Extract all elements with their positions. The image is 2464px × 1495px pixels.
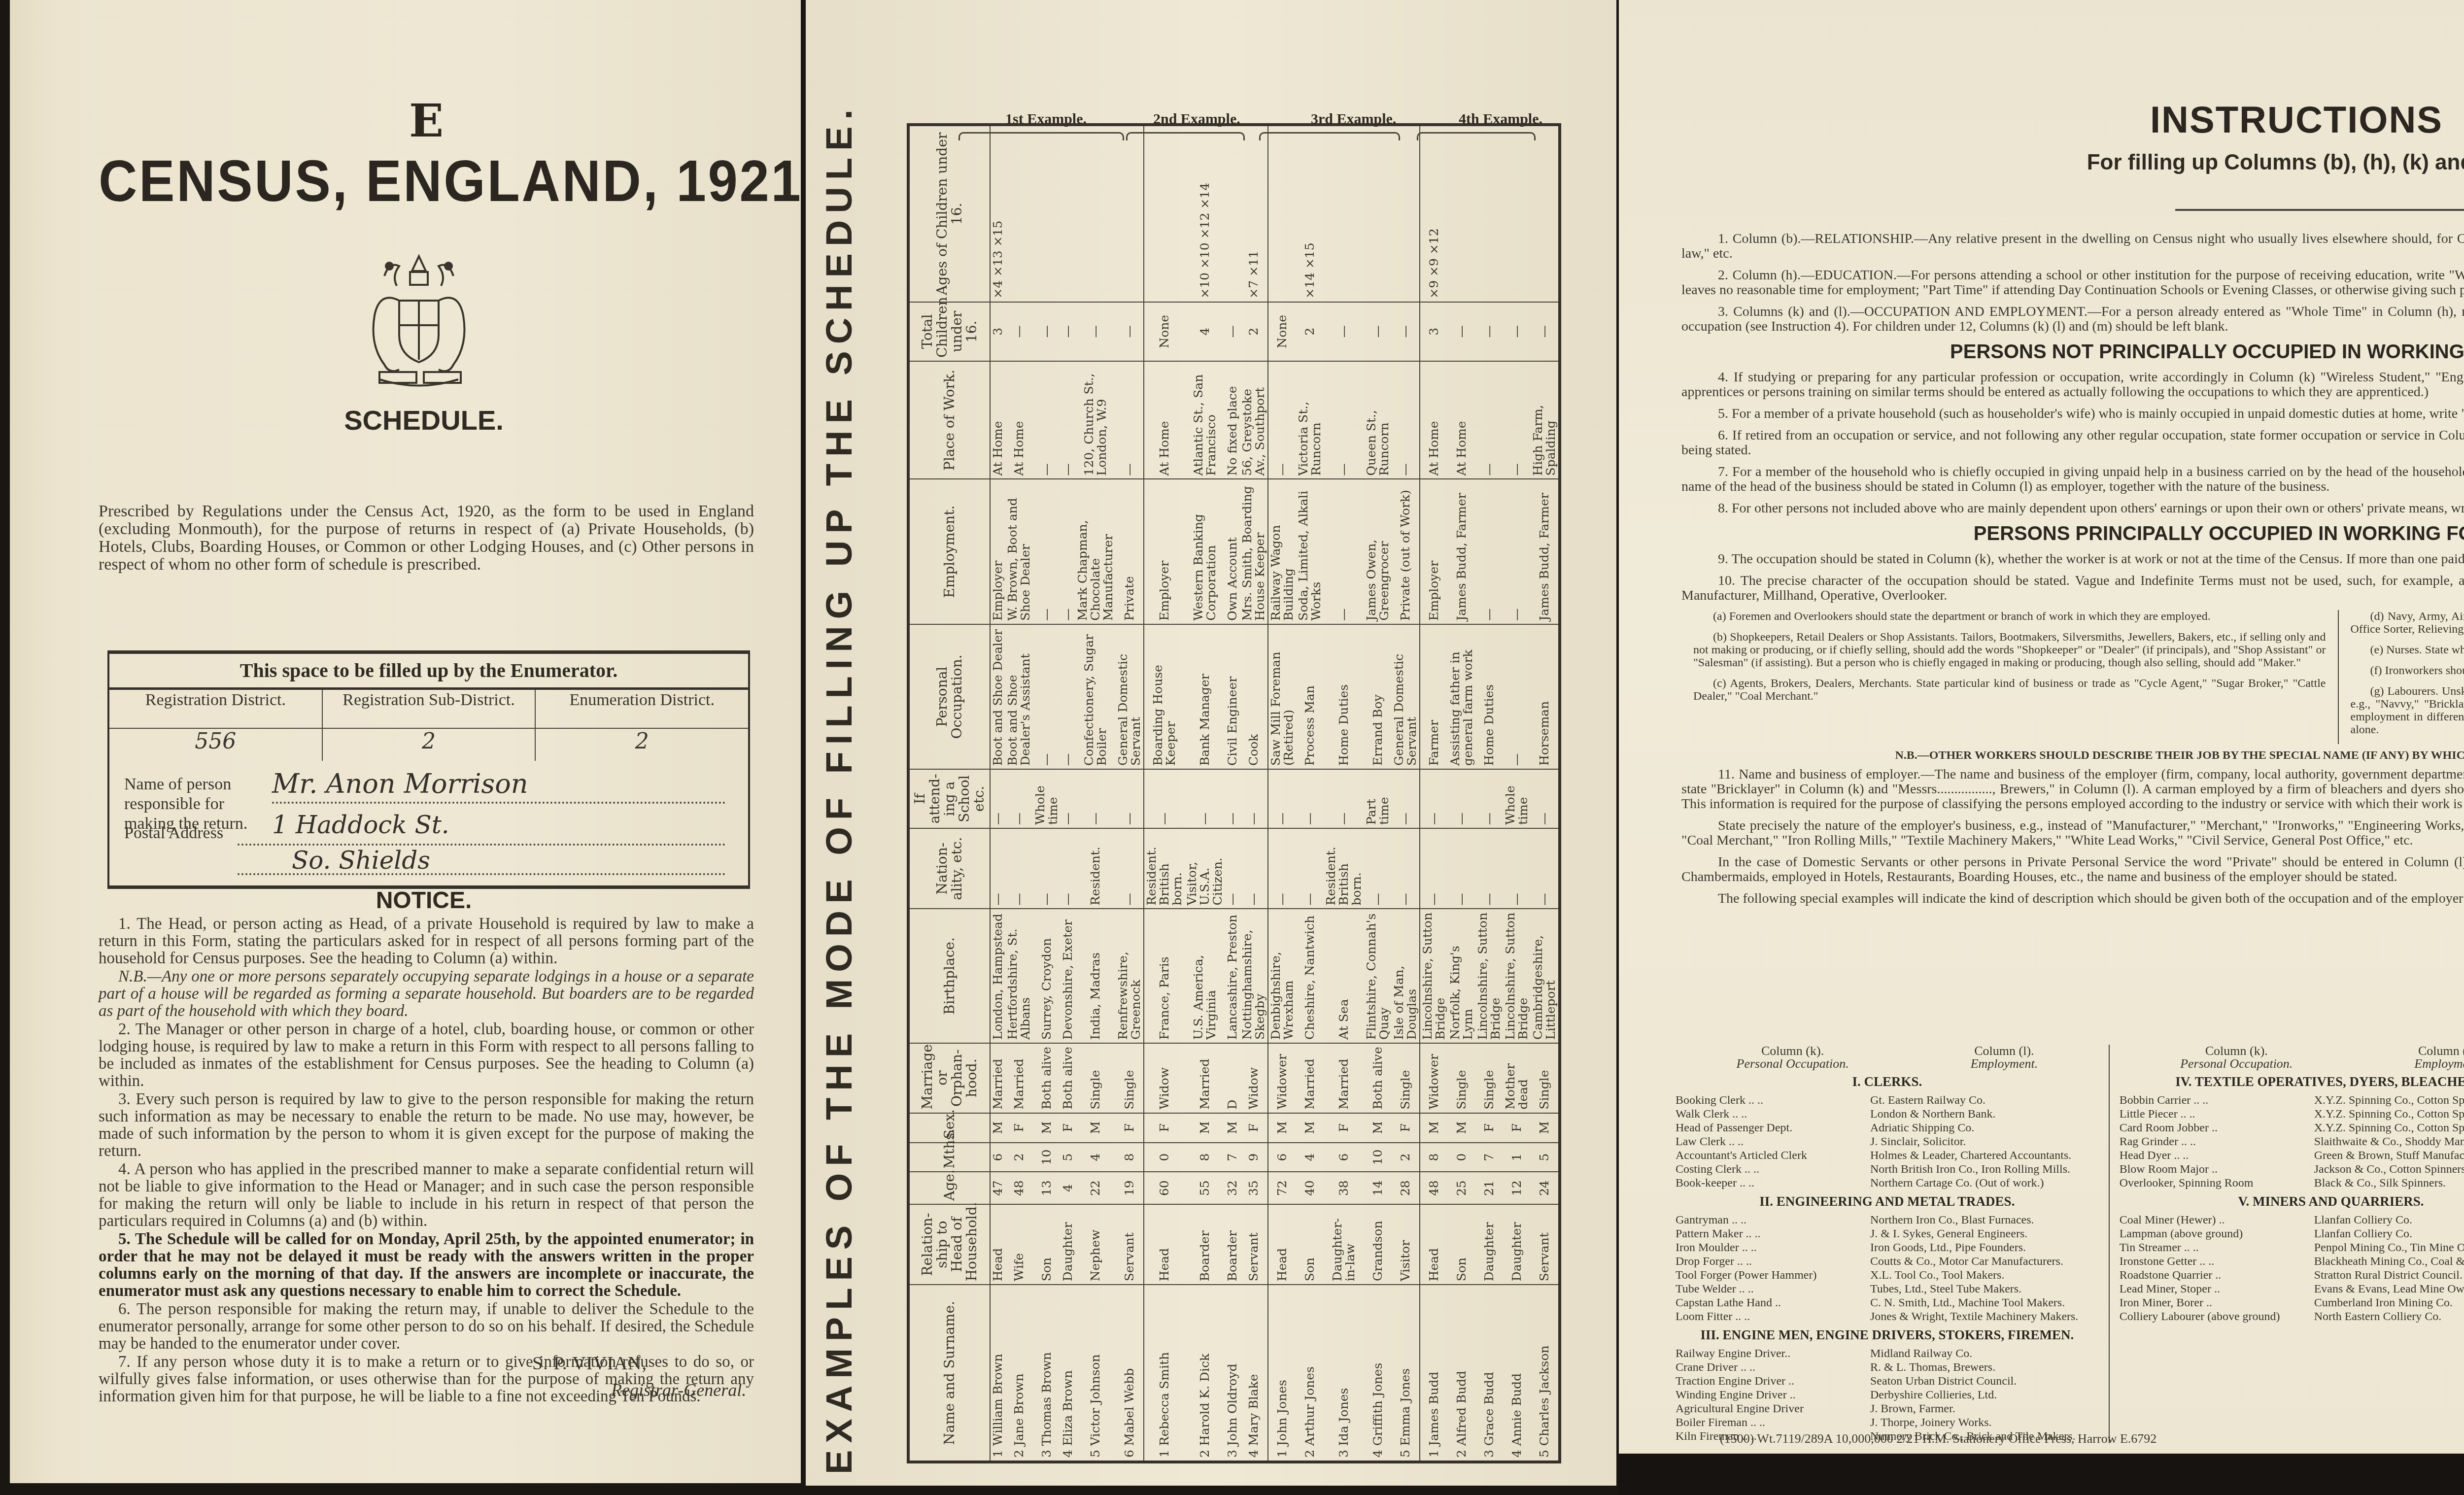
cell-school: —	[1392, 769, 1420, 828]
personal-occupation: Boiler Fireman .. ..	[1676, 1416, 1870, 1429]
postal-address-label: Postal Address	[124, 824, 223, 843]
section-not-occupied-heading: PERSONS NOT PRINCIPALLY OCCUPIED IN WORK…	[1681, 341, 2464, 363]
cell-nat: —	[1364, 828, 1392, 909]
employment: Llanfan Colliery Co.	[2314, 1213, 2464, 1227]
cell-birth: Flintshire, Connah's Quay	[1364, 909, 1392, 1043]
cell-pow: —	[1324, 361, 1364, 479]
cell-occ: Confectionery, Sugar Boiler	[1075, 624, 1116, 769]
cell-mths: 8	[1185, 1143, 1225, 1172]
cell-name: 4 Annie Budd	[1503, 1285, 1531, 1462]
cell-emp: Private	[1116, 479, 1144, 624]
cell-tot: 3	[1420, 302, 1448, 361]
cell-mar: Widower	[1268, 1043, 1296, 1113]
list-item: Railway Engine Driver..Midland Railway C…	[1676, 1347, 2099, 1360]
list-item: Tube Welder .. ..Tubes, Ltd., Steel Tube…	[1676, 1282, 2099, 1296]
cell-emp: —	[1324, 479, 1364, 624]
cell-kids: ×9 ×9 ×12	[1420, 125, 1448, 302]
cell-pow: —	[1268, 361, 1296, 479]
employment: Adriatic Shipping Co.	[1870, 1121, 2099, 1135]
cell-kids: ×14 ×15	[1296, 125, 1324, 302]
list-item: Accountant's Articled ClerkHolmes & Lead…	[1676, 1149, 2099, 1162]
cell-occ: General Domestic Servant	[1116, 624, 1144, 769]
list-item: Winding Engine Driver ..Derbyshire Colli…	[1676, 1388, 2099, 1402]
cell-name: 3 Ida Jones	[1324, 1285, 1364, 1462]
postal-address-line1-field[interactable]: 1 Haddock St.	[272, 811, 449, 839]
cell-mar: Married	[990, 1043, 1005, 1113]
subitems-left-column: (a) Foremen and Overlookers should state…	[1681, 610, 2339, 744]
cell-occ: Errand Boy	[1364, 624, 1392, 769]
cell-name: 5 Charles Jackson	[1531, 1285, 1560, 1462]
responsible-person-field[interactable]: Mr. Anon Morrison	[272, 768, 528, 799]
personal-occupation: Colliery Labourer (above ground)	[2120, 1310, 2314, 1324]
cell-yrs: 48	[1005, 1172, 1033, 1204]
cell-mar: Married	[1185, 1043, 1225, 1113]
cell-mar: Single	[1392, 1043, 1420, 1113]
list-item: Lead Miner, Stoper ..Evans & Evans, Lead…	[2120, 1282, 2464, 1296]
cell-rel: Servant	[1531, 1204, 1560, 1285]
instruction-9: 9. The occupation should be stated in Co…	[1681, 552, 2464, 567]
header-name: Name and Surname.	[908, 1285, 990, 1462]
signature-name: S. P. VIVIAN,	[532, 1353, 647, 1374]
cell-sex: F	[1475, 1113, 1503, 1143]
cell-mar: Married	[1324, 1043, 1364, 1113]
cell-mar: Single	[1075, 1043, 1116, 1113]
employment: North Eastern Colliery Co.	[2314, 1310, 2464, 1324]
personal-occupation: Agricultural Engine Driver	[1676, 1402, 1870, 1416]
cell-pow: Atlantic St., San Francisco	[1185, 361, 1225, 479]
cell-yrs: 14	[1364, 1172, 1392, 1204]
cell-birth: India, Madras	[1075, 909, 1116, 1043]
personal-occupation: Drop Forger .. ..	[1676, 1255, 1870, 1268]
cell-occ: Process Man	[1296, 624, 1324, 769]
cell-mar: Widower	[1420, 1043, 1448, 1113]
notice-list: 1. The Head, or person acting as Head, o…	[99, 916, 754, 1406]
cell-yrs: 38	[1324, 1172, 1364, 1204]
cell-name: 3 Thomas Brown	[1033, 1285, 1061, 1462]
cell-tot: —	[1448, 302, 1475, 361]
personal-occupation: Crane Driver .. ..	[1676, 1360, 1870, 1374]
enumeration-district-field[interactable]: 2	[536, 729, 748, 761]
table-row: 1 William BrownHead476MMarriedLondon, Ha…	[990, 125, 1005, 1462]
header-ages-children: Ages of Children under 16.	[908, 125, 990, 302]
cell-tot: —	[1005, 302, 1033, 361]
employment: J. Brown, Farmer.	[1870, 1402, 2099, 1416]
cell-rel: Son	[1448, 1204, 1475, 1285]
personal-occupation: Costing Clerk .. ..	[1676, 1162, 1870, 1176]
table-row: 4 Eliza BrownDaughter45FBoth aliveDevons…	[1061, 125, 1075, 1462]
cell-nat: —	[1268, 828, 1296, 909]
personal-occupation: Tin Streamer .. ..	[2120, 1241, 2314, 1255]
cell-sex: F	[1392, 1113, 1420, 1143]
cell-pow: —	[1475, 361, 1503, 479]
instructions-divider	[2175, 209, 2464, 211]
cell-kids	[1061, 125, 1075, 302]
list-item: Lampman (above ground)Llanfan Colliery C…	[2120, 1227, 2464, 1241]
cell-birth: At Sea	[1324, 909, 1364, 1043]
header-occupation: Personal Occupation.	[908, 624, 990, 769]
category-title: V. MINERS AND QUARRIERS.	[2120, 1194, 2464, 1209]
cell-emp: Employer	[1420, 479, 1448, 624]
cell-nat: Visitor, U.S.A. Citizen.	[1185, 828, 1225, 909]
cell-occ: —	[1061, 624, 1075, 769]
notice-item-4: 4. A person who has applied in the presc…	[99, 1161, 754, 1230]
cell-tot: None	[1268, 302, 1296, 361]
cell-rel: Head	[1420, 1204, 1448, 1285]
cell-name: 6 Mabel Webb	[1116, 1285, 1144, 1462]
cell-sex: M	[1185, 1113, 1225, 1143]
cell-yrs: 47	[990, 1172, 1005, 1204]
subitem-b: (b) Shopkeepers, Retail Dealers or Shop …	[1693, 631, 2326, 669]
examples-title: EXAMPLES OF THE MODE OF FILLING UP THE S…	[818, 94, 860, 1483]
column-l-label: Column (l).	[1974, 1044, 2034, 1058]
cell-birth: Lincolnshire, Sutton Bridge	[1475, 909, 1503, 1043]
cell-rel: Visitor	[1392, 1204, 1420, 1285]
cell-name: 1 James Budd	[1420, 1285, 1448, 1462]
cell-emp: Soda, Limited, Alkali Works	[1296, 479, 1324, 624]
cell-school: —	[990, 769, 1005, 828]
employment: X.Y.Z. Spinning Co., Cotton Spinners.	[2314, 1121, 2464, 1135]
list-item: Pattern Maker .. ..J. & I. Sykes, Genera…	[1676, 1227, 2099, 1241]
instruction-5: 5. For a member of a private household (…	[1681, 407, 2464, 421]
header-birthplace: Birthplace.	[908, 909, 990, 1043]
cell-kids	[1503, 125, 1531, 302]
cell-kids	[1531, 125, 1560, 302]
cell-mar: Married	[1296, 1043, 1324, 1113]
cell-sex: F	[1116, 1113, 1144, 1143]
cell-name: 1 Rebecca Smith	[1144, 1285, 1185, 1462]
cell-name: 5 Victor Johnson	[1075, 1285, 1116, 1462]
header-marriage: Marriage or Orphan-hood.	[908, 1043, 990, 1113]
cell-yrs: 13	[1033, 1172, 1061, 1204]
personal-occupation: Roadstone Quarrier ..	[2120, 1268, 2314, 1282]
cell-mar: Single	[1116, 1043, 1144, 1113]
cell-pow: —	[1033, 361, 1061, 479]
cell-yrs: 4	[1061, 1172, 1075, 1204]
cell-school: Whole time	[1503, 769, 1531, 828]
cell-pow: Queen St., Runcorn	[1364, 361, 1392, 479]
cell-kids	[1268, 125, 1296, 302]
registration-sub-district-field[interactable]: 2	[323, 729, 536, 761]
cell-mths: 7	[1475, 1143, 1503, 1172]
cell-rel: Boarder	[1185, 1204, 1225, 1285]
cell-emp: —	[1033, 479, 1061, 624]
list-item: Head of Passenger Dept.Adriatic Shipping…	[1676, 1121, 2099, 1135]
cell-name: 4 Eliza Brown	[1061, 1285, 1075, 1462]
column-l-sub: Employment.	[2414, 1057, 2464, 1070]
employment: Green & Brown, Stuff Manufacturers.	[2314, 1149, 2464, 1162]
table-row: 1 John JonesHead726MWidowerDenbighshire,…	[1268, 125, 1296, 1462]
instruction-11-examples-intro: The following special examples will indi…	[1681, 891, 2464, 906]
enumerator-box: This space to be filled up by the Enumer…	[107, 650, 750, 889]
cell-yrs: 60	[1144, 1172, 1185, 1204]
cell-nat: Resident. British born.	[1324, 828, 1364, 909]
cell-birth: Cambridgeshire, Littleport	[1531, 909, 1560, 1043]
cell-yrs: 19	[1116, 1172, 1144, 1204]
cell-occ: Cook	[1240, 624, 1268, 769]
personal-occupation: Pattern Maker .. ..	[1676, 1227, 1870, 1241]
list-item: Head Dyer .. ..Green & Brown, Stuff Manu…	[2120, 1149, 2464, 1162]
column-k-sub: Personal Occupation.	[2180, 1057, 2293, 1070]
header-relationship: Relation-ship to Head of Household.	[908, 1204, 990, 1285]
cell-occ: Civil Engineer	[1225, 624, 1240, 769]
list-item: Crane Driver .. ..R. & L. Thomas, Brewer…	[1676, 1360, 2099, 1374]
list-item: Book-keeper .. ..Northern Cartage Co. (O…	[1676, 1176, 2099, 1190]
cell-emp: James Budd, Farmer	[1448, 479, 1475, 624]
cell-emp: James Owen, Greengrocer	[1364, 479, 1392, 624]
personal-occupation: Head of Passenger Dept.	[1676, 1121, 1870, 1135]
cell-rel: Nephew	[1075, 1204, 1116, 1285]
table-row: 2 Arthur JonesSon404MMarriedCheshire, Na…	[1296, 125, 1324, 1462]
personal-occupation: Iron Miner, Borer ..	[2120, 1296, 2314, 1310]
cell-birth: Lincolnshire, Sutton Bridge	[1503, 909, 1531, 1043]
category-clerks: I. CLERKS.Booking Clerk .. ..Gt. Eastern…	[1676, 1074, 2099, 1190]
enumerator-values: 556 2 2	[109, 728, 748, 761]
cell-pow: Victoria St., Runcorn	[1296, 361, 1324, 479]
instruction-11: 11. Name and business of employer.—The n…	[1681, 767, 2464, 812]
notice-item-2: 2. The Manager or other person in charge…	[99, 1021, 754, 1090]
cell-tot: —	[1075, 302, 1116, 361]
employment: J. & I. Sykes, General Engineers.	[1870, 1227, 2099, 1241]
cell-mar: Mother dead	[1503, 1043, 1531, 1113]
list-item: Card Room Jobber ..X.Y.Z. Spinning Co., …	[2120, 1121, 2464, 1135]
cell-sex: M	[1268, 1113, 1296, 1143]
list-item: Costing Clerk .. ..North British Iron Co…	[1676, 1162, 2099, 1176]
instruction-4: 4. If studying or preparing for any part…	[1681, 370, 2464, 400]
cell-mar: Both alive	[1033, 1043, 1061, 1113]
cell-school: Whole time	[1033, 769, 1061, 828]
cell-tot: —	[1392, 302, 1420, 361]
personal-occupation: Lampman (above ground)	[2120, 1227, 2314, 1241]
form-letter: E	[394, 103, 458, 138]
cell-school: —	[1075, 769, 1116, 828]
personal-occupation: Little Piecer .. ..	[2120, 1107, 2314, 1121]
cell-pow: No fixed place	[1225, 361, 1240, 479]
subitem-c: (c) Agents, Brokers, Dealers, Merchants.…	[1693, 677, 2326, 703]
cell-yrs: 24	[1531, 1172, 1560, 1204]
cell-school: Part time	[1364, 769, 1392, 828]
column-headings: Column (k).Personal Occupation. Column (…	[1676, 1045, 2099, 1070]
cell-yrs: 21	[1475, 1172, 1503, 1204]
cell-school: —	[1144, 769, 1185, 828]
cell-sex: F	[1503, 1113, 1531, 1143]
cell-rel: Head	[1268, 1204, 1296, 1285]
list-item: Agricultural Engine DriverJ. Brown, Farm…	[1676, 1402, 2099, 1416]
employment: Jackson & Co., Cotton Spinners.	[2314, 1162, 2464, 1176]
personal-occupation: Loom Fitter .. ..	[1676, 1310, 1870, 1324]
personal-occupation: Head Dyer .. ..	[2120, 1149, 2314, 1162]
cell-kids	[1324, 125, 1364, 302]
cell-tot: —	[1503, 302, 1531, 361]
cell-nat: Resident.	[1075, 828, 1116, 909]
personal-occupation: Accountant's Articled Clerk	[1676, 1149, 1870, 1162]
cell-occ: General Domestic Servant	[1392, 624, 1420, 769]
personal-occupation: Iron Moulder .. ..	[1676, 1241, 1870, 1255]
employment: Cumberland Iron Mining Co.	[2314, 1296, 2464, 1310]
notice-item-6: 6. The person responsible for making the…	[99, 1301, 754, 1353]
list-item: Walk Clerk .. ..London & Northern Bank.	[1676, 1107, 2099, 1121]
column-headings: Column (k).Personal Occupation. Column (…	[2120, 1045, 2464, 1070]
cell-birth: Cheshire, Nantwich	[1296, 909, 1324, 1043]
cell-birth: Nottinghamshire, Skegby	[1240, 909, 1268, 1043]
personal-occupation: Blow Room Major ..	[2120, 1162, 2314, 1176]
cell-name: 4 Mary Blake	[1240, 1285, 1268, 1462]
list-item: Ironstone Getter .. ..Blackheath Mining …	[2120, 1255, 2464, 1268]
category-title: I. CLERKS.	[1676, 1074, 2099, 1089]
list-item: Rag Grinder .. ..Slaithwaite & Co., Shod…	[2120, 1135, 2464, 1149]
list-item: Law Clerk .. ..J. Sinclair, Solicitor.	[1676, 1135, 2099, 1149]
other-workers-note: N.B.—OTHER WORKERS SHOULD DESCRIBE THEIR…	[1681, 749, 2464, 762]
cell-nat: —	[1420, 828, 1448, 909]
cell-rel: Head	[1144, 1204, 1185, 1285]
cell-mths: 0	[1144, 1143, 1185, 1172]
cell-pow: —	[1116, 361, 1144, 479]
cell-name: 2 Arthur Jones	[1296, 1285, 1324, 1462]
cell-kids	[1475, 125, 1503, 302]
employment: Llanfan Colliery Co.	[2314, 1227, 2464, 1241]
cell-tot: —	[1061, 302, 1075, 361]
subitem-g: (g) Labourers. Unskilled workers usually…	[2351, 685, 2464, 736]
cell-mths: 4	[1296, 1143, 1324, 1172]
notice-nb: N.B.—Any one or more persons separately …	[99, 968, 754, 1020]
special-examples: Column (k).Personal Occupation. Column (…	[1666, 1045, 2464, 1443]
cell-tot: 2	[1296, 302, 1324, 361]
cell-yrs: 72	[1268, 1172, 1296, 1204]
personal-occupation: Winding Engine Driver ..	[1676, 1388, 1870, 1402]
cell-emp: W. Brown, Boot and Shoe Dealer	[1005, 479, 1033, 624]
cell-birth: Lancashire, Preston	[1225, 909, 1240, 1043]
cell-tot: —	[1116, 302, 1144, 361]
cell-emp: —	[1061, 479, 1075, 624]
personal-occupation: Book-keeper .. ..	[1676, 1176, 1870, 1190]
cell-emp: Mrs. Smith, Boarding House Keeper	[1240, 479, 1268, 624]
cell-birth: Hertfordshire, St. Albans	[1005, 909, 1033, 1043]
cell-emp: Mark Chapman, Chocolate Manufacturer	[1075, 479, 1116, 624]
cell-sex: F	[1005, 1113, 1033, 1143]
cell-mar: Widow	[1144, 1043, 1185, 1113]
cell-yrs: 35	[1240, 1172, 1268, 1204]
employment: R. & L. Thomas, Brewers.	[1870, 1360, 2099, 1374]
print-line: (1500) Wt.7119/289A 10,000,000 2/21 H.M.…	[1720, 1431, 2156, 1446]
cell-kids: ×7 ×11	[1240, 125, 1268, 302]
category-title: IV. TEXTILE OPERATIVES, DYERS, BLEACHERS…	[2120, 1074, 2464, 1089]
cell-occ: Boot and Shoe Dealer's Assistant	[1005, 624, 1033, 769]
cell-sex: M	[990, 1113, 1005, 1143]
personal-occupation: Railway Engine Driver..	[1676, 1347, 1870, 1360]
cell-nat: —	[1503, 828, 1531, 909]
list-item: Booking Clerk .. ..Gt. Eastern Railway C…	[1676, 1093, 2099, 1107]
cell-tot: —	[1475, 302, 1503, 361]
cell-yrs: 22	[1075, 1172, 1116, 1204]
cell-kids: ×4 ×13 ×15	[990, 125, 1005, 302]
employment: Tubes, Ltd., Steel Tube Makers.	[1870, 1282, 2099, 1296]
cell-rel: Daughter	[1475, 1204, 1503, 1285]
list-item: Capstan Lathe Hand ..C. N. Smith, Ltd., …	[1676, 1296, 2099, 1310]
cell-occ: —	[1033, 624, 1061, 769]
cell-kids	[1225, 125, 1240, 302]
cell-sex: M	[1448, 1113, 1475, 1143]
cell-nat: —	[1061, 828, 1075, 909]
instruction-2: 2. Column (h).—EDUCATION.—For persons at…	[1681, 268, 2464, 298]
enumerator-box-title: This space to be filled up by the Enumer…	[109, 659, 748, 682]
table-row: 6 Mabel WebbServant198FSingleRenfrewshir…	[1116, 125, 1144, 1462]
section-occupied-heading: PERSONS PRINCIPALLY OCCUPIED IN WORKING …	[1681, 523, 2464, 545]
cell-sex: M	[1075, 1113, 1116, 1143]
column-k-sub: Personal Occupation.	[1737, 1057, 1849, 1070]
cell-emp: —	[1503, 479, 1531, 624]
postal-address-line2-field[interactable]: So. Shields	[292, 846, 430, 875]
cell-name: 2 Jane Brown	[1005, 1285, 1033, 1462]
list-item: Boiler Fireman .. ..J. Thorpe, Joinery W…	[1676, 1416, 2099, 1429]
list-item: Blow Room Major ..Jackson & Co., Cotton …	[2120, 1162, 2464, 1176]
cell-rel: Daughter-in-law	[1324, 1204, 1364, 1285]
cell-name: 3 Grace Budd	[1475, 1285, 1503, 1462]
employment: Northern Iron Co., Blast Furnaces.	[1870, 1213, 2099, 1227]
cell-mar: Single	[1475, 1043, 1503, 1113]
cell-pow: At Home	[1144, 361, 1185, 479]
cell-emp: Own Account	[1225, 479, 1240, 624]
table-row: 3 John OldroydBoarder327MDLancashire, Pr…	[1225, 125, 1240, 1462]
cell-pow: High Farm, Spalding	[1531, 361, 1560, 479]
category-title: III. ENGINE MEN, ENGINE DRIVERS, STOKERS…	[1676, 1327, 2099, 1343]
list-item: Tool Forger (Power Hammer)X.L. Tool Co.,…	[1676, 1268, 2099, 1282]
cell-occ: Bank Manager	[1185, 624, 1225, 769]
cell-mths: 8	[1116, 1143, 1144, 1172]
cell-kids	[1116, 125, 1144, 302]
column-k-label: Column (k).	[2205, 1044, 2268, 1058]
employment: Gt. Eastern Railway Co.	[1870, 1093, 2099, 1107]
list-item: Gantryman .. ..Northern Iron Co., Blast …	[1676, 1213, 2099, 1227]
registration-district-field[interactable]: 556	[109, 729, 323, 761]
header-age-months: Mths.	[908, 1143, 990, 1172]
cell-emp: Employer	[1144, 479, 1185, 624]
cell-rel: Son	[1033, 1204, 1061, 1285]
cell-mar: Single	[1531, 1043, 1560, 1113]
cell-school: —	[1240, 769, 1268, 828]
cell-kids	[1364, 125, 1392, 302]
royal-coat-of-arms-icon	[365, 246, 473, 404]
cell-occ: —	[1503, 624, 1531, 769]
cell-nat: —	[1240, 828, 1268, 909]
cell-birth: Devonshire, Exeter	[1061, 909, 1075, 1043]
cell-pow: 56, Greystoke Av., Southport	[1240, 361, 1268, 479]
cell-rel: Servant	[1116, 1204, 1144, 1285]
cell-mar: Widow	[1240, 1043, 1268, 1113]
cell-kids	[1448, 125, 1475, 302]
cell-mths: 2	[1005, 1143, 1033, 1172]
employment: Jones & Wright, Textile Machinery Makers…	[1870, 1310, 2099, 1324]
cell-birth: Isle of Man, Douglas	[1392, 909, 1420, 1043]
personal-occupation: Tube Welder .. ..	[1676, 1282, 1870, 1296]
cell-emp: Western Banking Corporation	[1185, 479, 1225, 624]
schedule-heading: SCHEDULE.	[335, 404, 513, 436]
employment: X.Y.Z. Spinning Co., Cotton Spinners.	[2314, 1107, 2464, 1121]
cell-mths: 0	[1448, 1143, 1475, 1172]
list-item: Loom Fitter .. ..Jones & Wright, Textile…	[1676, 1310, 2099, 1324]
table-row: 1 James BuddHead488MWidowerLincolnshire,…	[1420, 125, 1448, 1462]
cell-mths: 1	[1503, 1143, 1531, 1172]
cell-sex: M	[1364, 1113, 1392, 1143]
cell-occ: Farmer	[1420, 624, 1448, 769]
cell-school: —	[1268, 769, 1296, 828]
cell-mths: 4	[1075, 1143, 1116, 1172]
cell-birth: Renfrewshire, Greenock	[1116, 909, 1144, 1043]
personal-occupation: Bobbin Carrier .. ..	[2120, 1093, 2314, 1107]
cell-mths: 5	[1531, 1143, 1560, 1172]
list-item: Bobbin Carrier .. ..X.Y.Z. Spinning Co.,…	[2120, 1093, 2464, 1107]
special-examples-column-1: Column (k).Personal Occupation. Column (…	[1666, 1045, 2109, 1443]
table-row: 3 Grace BuddDaughter217FSingleLincolnshi…	[1475, 125, 1503, 1462]
cell-emp: Railway Wagon Building	[1268, 479, 1296, 624]
